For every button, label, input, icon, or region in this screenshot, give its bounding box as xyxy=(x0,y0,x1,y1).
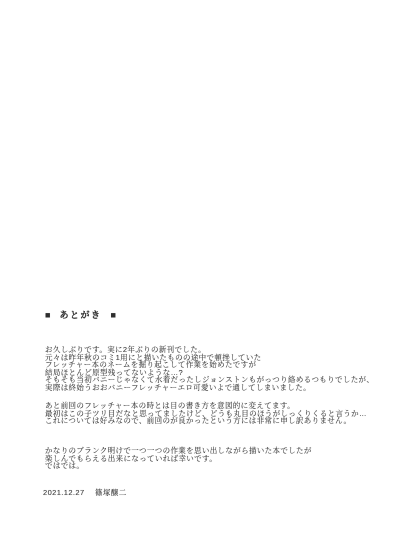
text-line: これについては好みなので、前回のが良かったという方には非常に申し訳ありません。 xyxy=(45,417,367,425)
signature-author: 篠塚醸二 xyxy=(95,488,127,497)
square-bullet-icon: ■ xyxy=(110,311,115,320)
paragraph-3: かなりのブランク明けで一つ一つの作業を思い出しながら描いた本でしたが 楽しんでも… xyxy=(45,447,312,470)
paragraph-2: あと前回のフレッチャー本の時とは目の書き方を意図的に変えてます。 最初はこの子ツ… xyxy=(45,402,367,425)
text-line: 実際は終始うおおバニーフレッチャーエロ可愛いよで通してしまいました。 xyxy=(45,384,374,392)
signature-line: 2021.12.27 篠塚醸二 xyxy=(43,487,127,498)
text-line: 楽しんでもらえる出来になっていれば幸いです。 xyxy=(45,455,312,463)
text-line: ではでは。 xyxy=(45,462,312,470)
afterword-page: ■ あとがき ■ お久しぶりです。実に2年ぶりの新刊でした。 元々は昨年秋のコミ… xyxy=(0,0,400,556)
paragraph-1: お久しぶりです。実に2年ぶりの新刊でした。 元々は昨年秋のコミ1用にと描いたもの… xyxy=(45,346,374,392)
square-bullet-icon: ■ xyxy=(45,311,50,320)
afterword-heading: ■ あとがき ■ xyxy=(45,310,116,320)
signature-date: 2021.12.27 xyxy=(43,488,85,497)
afterword-heading-label: あとがき xyxy=(59,310,101,320)
